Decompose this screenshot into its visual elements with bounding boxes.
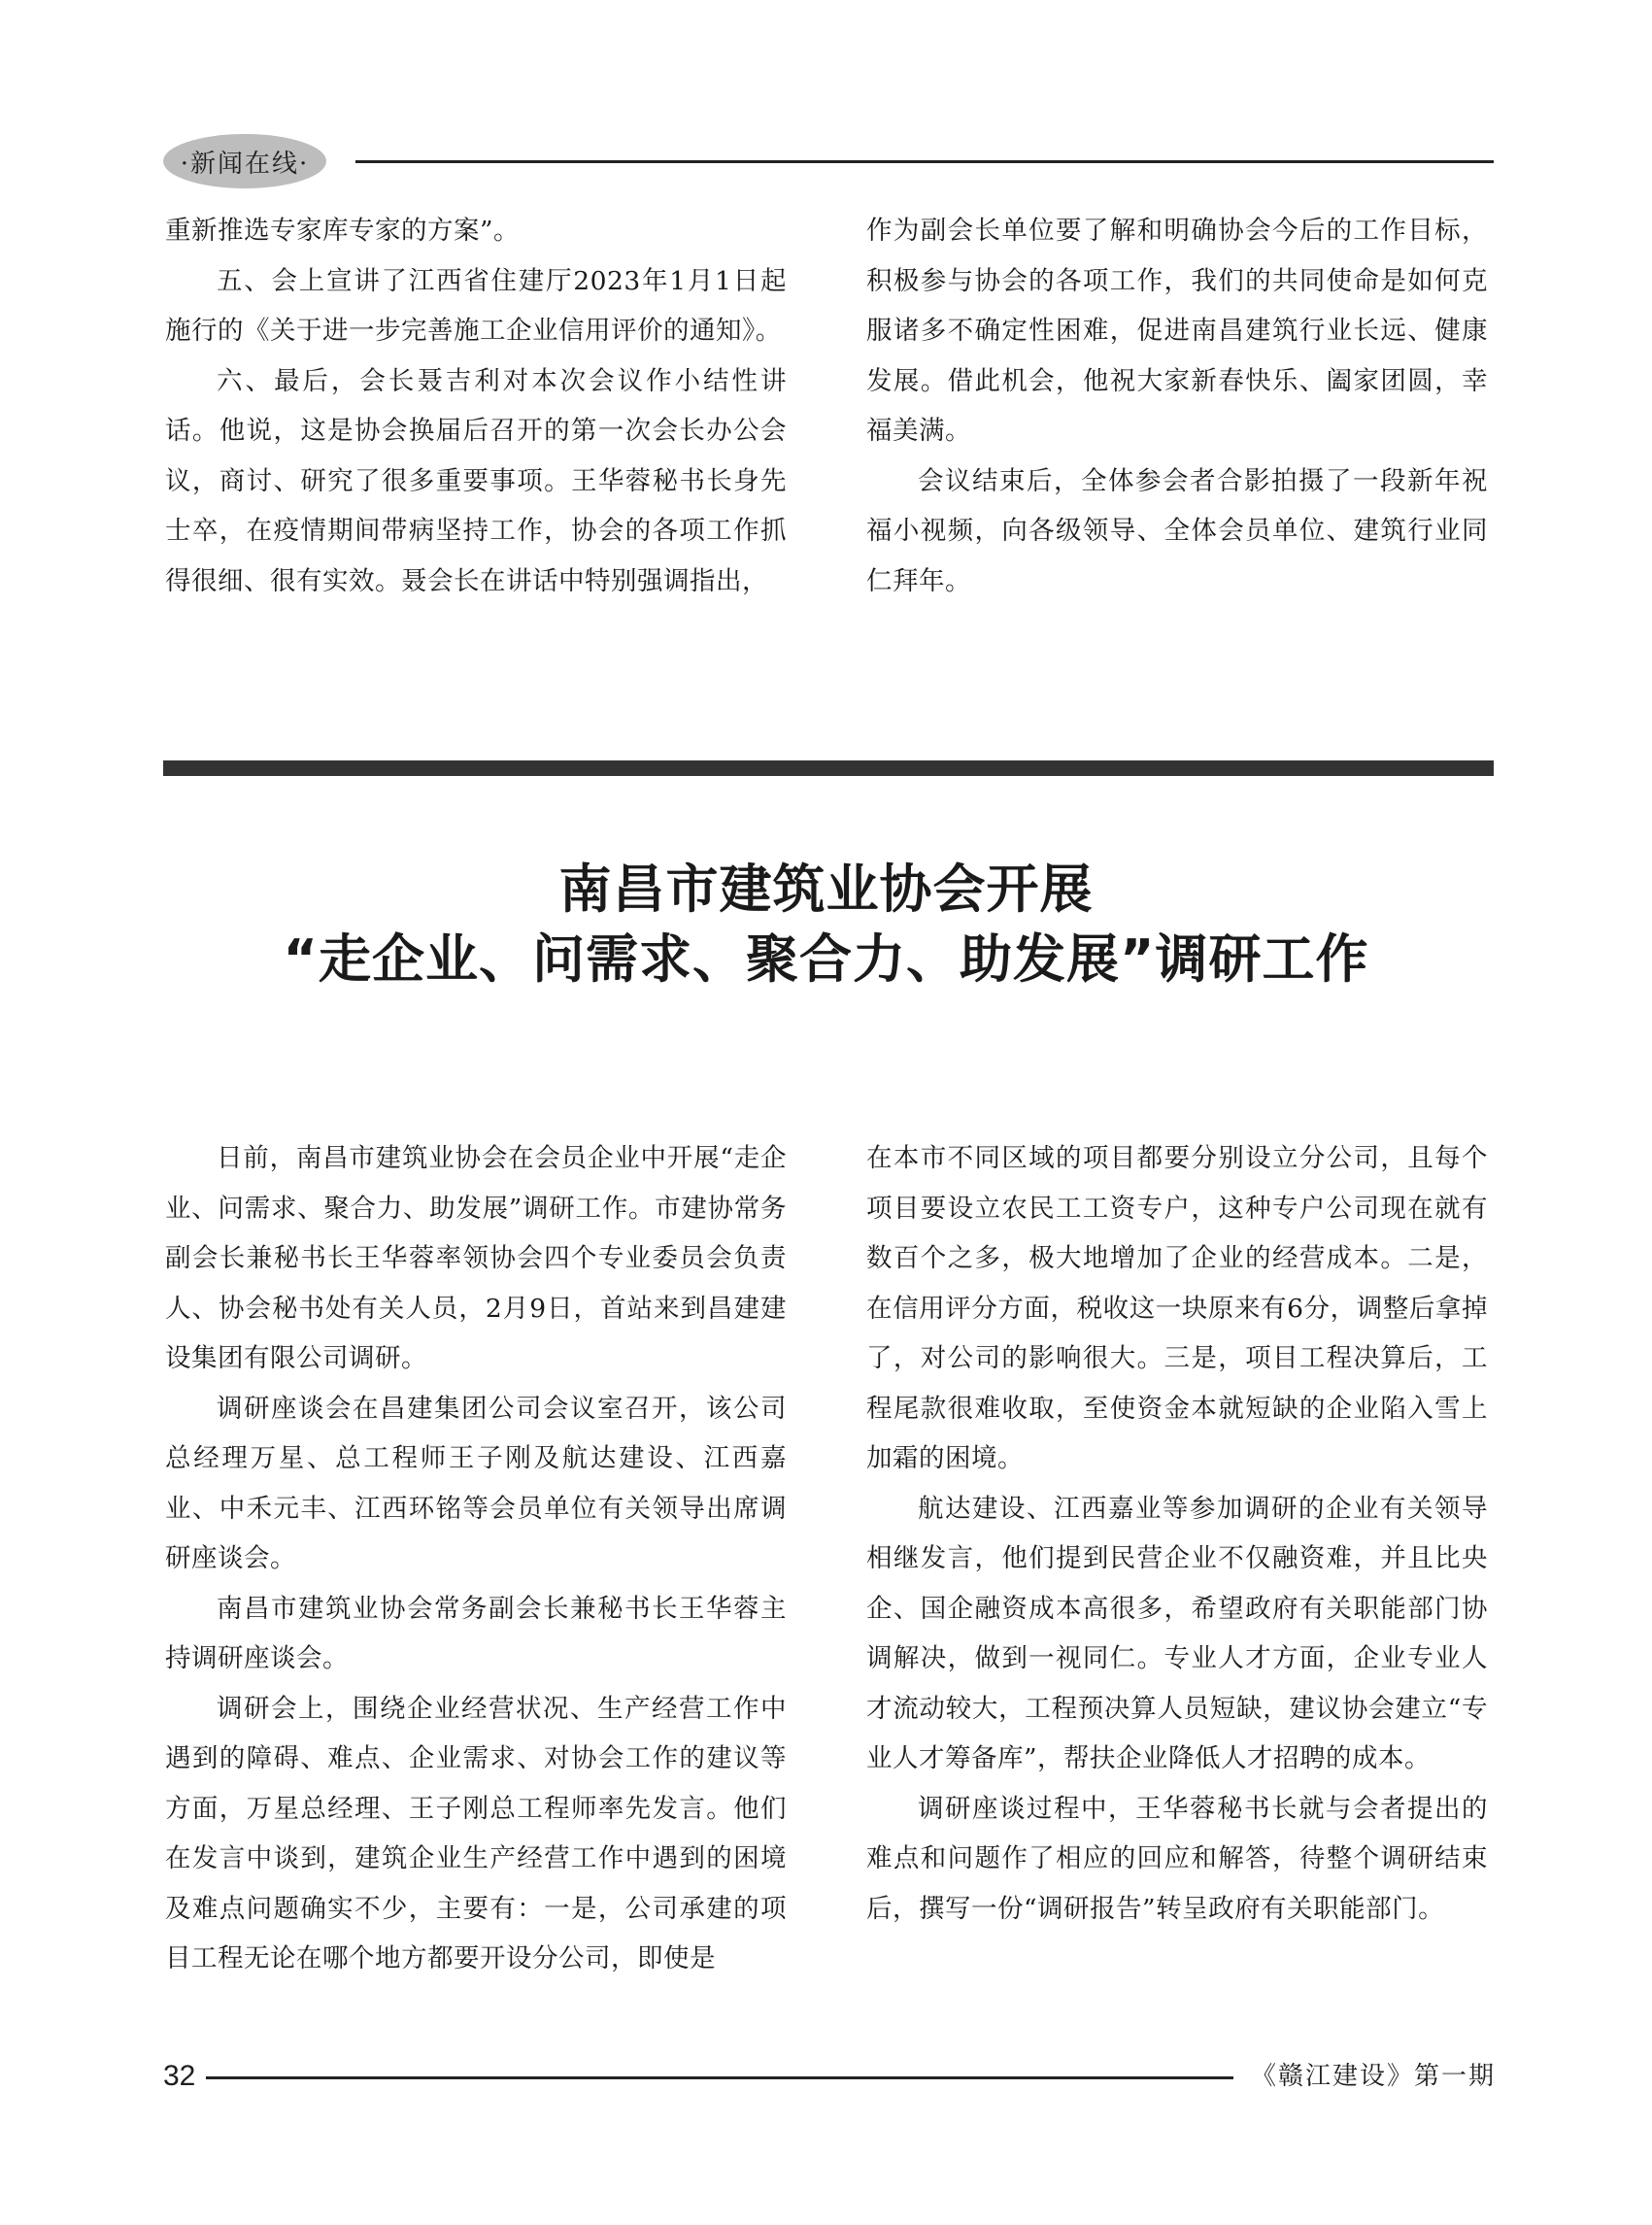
- paragraph: 日前，南昌市建筑业协会在会员企业中开展“走企业、问需求、聚合力、助发展”调研工作…: [165, 1133, 787, 1384]
- section-badge: ·新闻在线·: [163, 134, 326, 188]
- paragraph: 调研座谈会在昌建集团公司会议室召开，该公司总经理万星、总工程师王子刚及航达建设、…: [165, 1384, 787, 1584]
- paragraph: 调研座谈过程中，王华蓉秘书长就与会者提出的难点和问题作了相应的回应和解答，待整个…: [866, 1784, 1488, 1935]
- article-title-line-1: 南昌市建筑业协会开展: [0, 855, 1652, 925]
- publication-name: 《赣江建设》第一期: [1251, 2057, 1496, 2096]
- page-footer: 32 《赣江建设》第一期: [163, 2057, 1496, 2096]
- paragraph: 调研会上，围绕企业经营状况、生产经营工作中遇到的障碍、难点、企业需求、对协会工作…: [165, 1684, 787, 1984]
- paragraph: 南昌市建筑业协会常务副会长兼秘书长王华蓉主持调研座谈会。: [165, 1584, 787, 1684]
- running-header: ·新闻在线·: [163, 134, 1494, 188]
- article-title-line-2: “走企业、问需求、聚合力、助发展”调研工作: [0, 925, 1652, 995]
- paragraph: 航达建设、江西嘉业等参加调研的企业有关领导相继发言，他们提到民营企业不仅融资难，…: [866, 1484, 1488, 1784]
- paragraph: 在本市不同区域的项目都要分别设立分公司，且每个项目要设立农民工工资专户，这种专户…: [866, 1133, 1488, 1484]
- paragraph: 重新推选专家库专家的方案”。: [165, 206, 787, 256]
- header-rule: [355, 160, 1494, 163]
- paragraph: 会议结束后，全体参会者合影拍摄了一段新年祝福小视频，向各级领导、全体会员单位、建…: [866, 456, 1488, 607]
- article-left-column: 日前，南昌市建筑业协会在会员企业中开展“走企业、问需求、聚合力、助发展”调研工作…: [165, 1133, 787, 1984]
- page-number: 32: [163, 2057, 195, 2096]
- previous-article-left-column: 重新推选专家库专家的方案”。 五、会上宣讲了江西省住建厅2023年1月1日起施行…: [165, 206, 787, 606]
- decorative-divider: [163, 760, 1494, 776]
- previous-article-right-column: 作为副会长单位要了解和明确协会今后的工作目标，积极参与协会的各项工作，我们的共同…: [866, 206, 1488, 606]
- paragraph: 五、会上宣讲了江西省住建厅2023年1月1日起施行的《关于进一步完善施工企业信用…: [165, 256, 787, 356]
- article-right-column: 在本市不同区域的项目都要分别设立分公司，且每个项目要设立农民工工资专户，这种专户…: [866, 1133, 1488, 1934]
- footer-rule: [206, 2076, 1233, 2079]
- paragraph: 作为副会长单位要了解和明确协会今后的工作目标，积极参与协会的各项工作，我们的共同…: [866, 206, 1488, 456]
- article-title: 南昌市建筑业协会开展 “走企业、问需求、聚合力、助发展”调研工作: [0, 855, 1652, 995]
- paragraph: 六、最后，会长聂吉利对本次会议作小结性讲话。他说，这是协会换届后召开的第一次会长…: [165, 356, 787, 607]
